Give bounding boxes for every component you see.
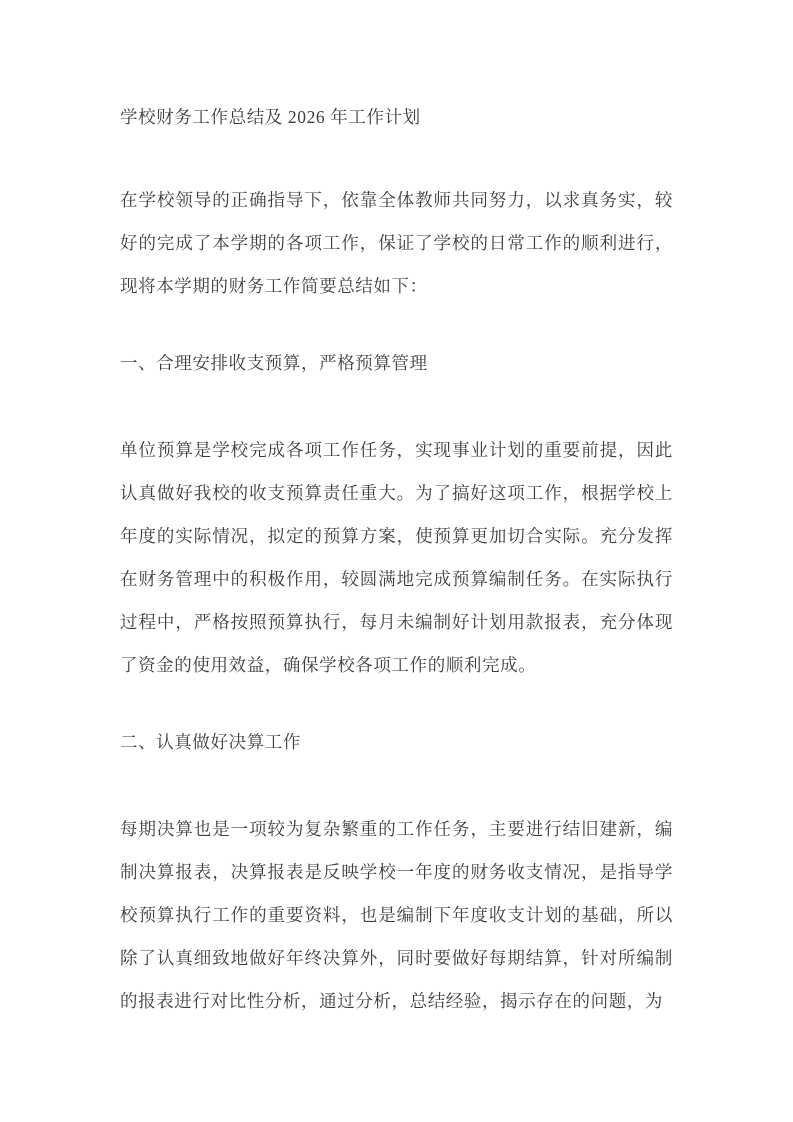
section-2-body: 每期决算也是一项较为复杂繁重的工作任务，主要进行结旧建新，编制决算报表，决算报表… <box>120 808 673 1023</box>
document-page: 学校财务工作总结及 2026 年工作计划 在学校领导的正确指导下，依靠全体教师共… <box>0 0 793 1122</box>
document-title: 学校财务工作总结及 2026 年工作计划 <box>120 96 673 139</box>
paragraph-intro: 在学校领导的正确指导下，依靠全体教师共同努力，以求真务实，较好的完成了本学期的各… <box>120 179 673 308</box>
section-1-body: 单位预算是学校完成各项工作任务，实现事业计划的重要前提，因此认真做好我校的收支预… <box>120 429 673 687</box>
section-1-heading: 一、合理安排收支预算，严格预算管理 <box>120 342 673 385</box>
section-2-heading: 二、认真做好决算工作 <box>120 721 673 764</box>
